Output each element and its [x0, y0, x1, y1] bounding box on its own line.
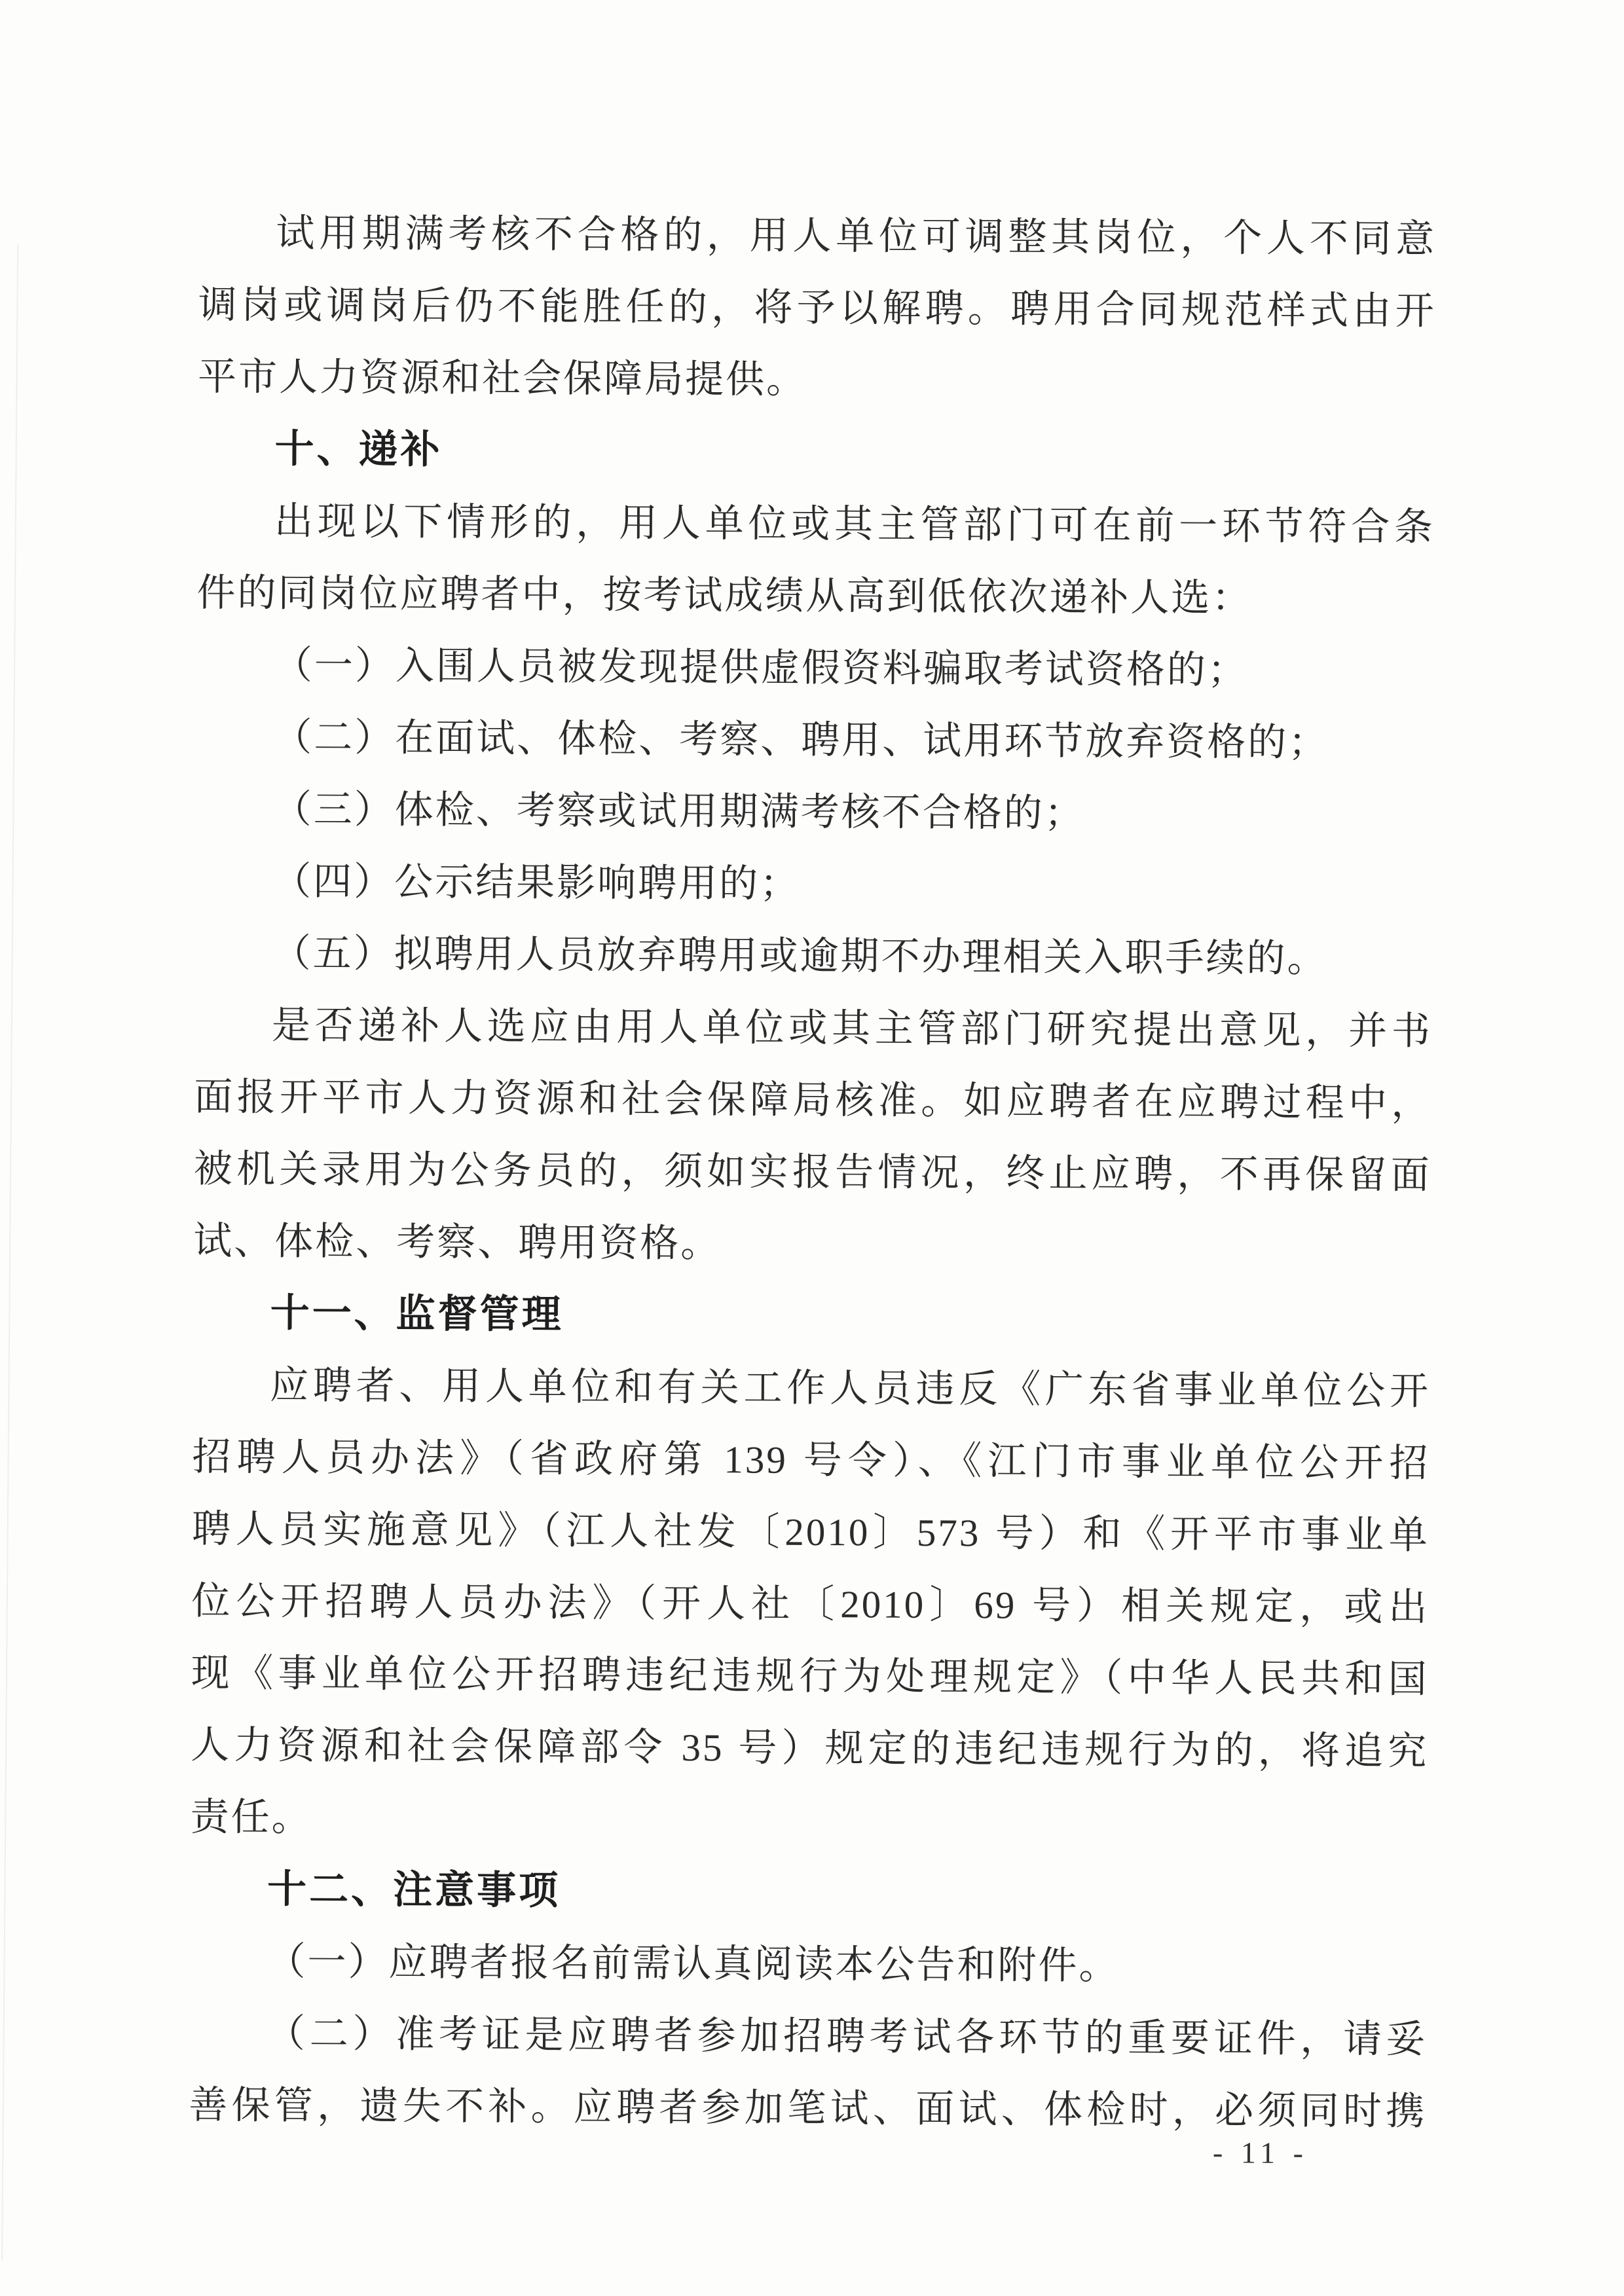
text-line: 聘人员实施意见》（江人社发〔2010〕573 号）和《开平市事业单 [192, 1493, 1430, 1571]
text-line: 责任。 [190, 1781, 1428, 1859]
scan-fold-line [1, 245, 18, 2261]
text-line: 现《事业单位公开招聘违纪违规行为处理规定》（中华人民共和国 [191, 1637, 1430, 1715]
text-line: 出现以下情形的，用人单位或其主管部门可在前一环节符合条 [197, 484, 1435, 563]
text-line: 试用期满考核不合格的，用人单位可调整其岗位，个人不同意 [198, 196, 1437, 275]
document-body: 试用期满考核不合格的，用人单位可调整其岗位，个人不同意 调岗或调岗后仍不能胜任的… [189, 196, 1437, 2147]
text-line: 人力资源和社会保障部令 35 号）规定的违纪违规行为的，将追究 [191, 1709, 1429, 1787]
text-line: 应聘者、用人单位和有关工作人员违反《广东省事业单位公开 [193, 1349, 1431, 1427]
scanned-page: 试用期满考核不合格的，用人单位可调整其岗位，个人不同意 调岗或调岗后仍不能胜任的… [0, 0, 1624, 2296]
text-line: 调岗或调岗后仍不能胜任的，将予以解聘。聘用合同规范样式由开 [198, 268, 1436, 347]
list-item-4: （四）公示结果影响聘用的； [195, 845, 1433, 923]
list-item-1: （一）入围人员被发现提供虚假资料骗取考试资格的； [196, 629, 1435, 707]
list-item-3: （三）体检、考察或试用期满考核不合格的； [195, 773, 1433, 851]
section-heading-10: 十、递补 [197, 412, 1435, 491]
section-heading-12: 十二、注意事项 [190, 1853, 1428, 1931]
text-line: 招聘人员办法》（省政府第 139 号令）、《江门市事业单位公开招 [192, 1421, 1430, 1499]
text-line: 位公开招聘人员办法》（开人社〔2010〕69 号）相关规定，或出 [191, 1565, 1430, 1643]
text-line: 平市人力资源和社会保障局提供。 [198, 340, 1436, 419]
note-item-2: （二）准考证是应聘者参加招聘考试各环节的重要证件，请妥 [189, 1997, 1428, 2075]
list-item-5: （五）拟聘用人员放弃聘用或逾期不办理相关入职手续的。 [194, 917, 1433, 995]
text-line: 面报开平市人力资源和社会保障局核准。如应聘者在应聘过程中， [194, 1061, 1432, 1139]
page-number: - 11 - [1213, 2135, 1308, 2170]
list-item-2: （二）在面试、体检、考察、聘用、试用环节放弃资格的； [196, 701, 1434, 779]
note-item-1: （一）应聘者报名前需认真阅读本公告和附件。 [189, 1925, 1428, 2003]
text-line: 是否递补人选应由用人单位或其主管部门研究提出意见，并书 [194, 989, 1433, 1067]
section-heading-11: 十一、监督管理 [193, 1277, 1431, 1355]
text-line: 被机关录用为公务员的，须如实报告情况，终止应聘，不再保留面 [194, 1133, 1432, 1211]
text-line: 件的同岗位应聘者中，按考试成绩从高到低依次递补人选： [196, 556, 1435, 635]
text-line: 试、体检、考察、聘用资格。 [193, 1205, 1431, 1283]
